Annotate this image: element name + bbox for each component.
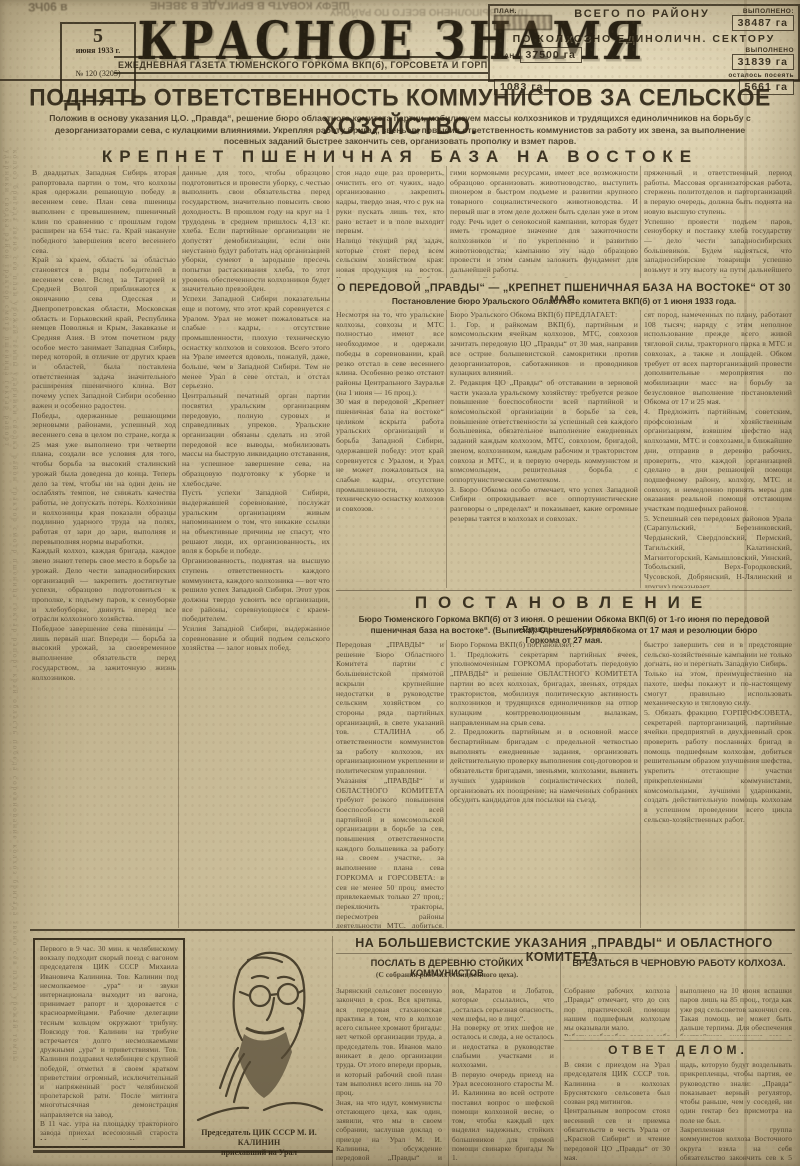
issue-day: 5 <box>64 26 132 46</box>
sector-done-value: 31839 га <box>732 54 794 70</box>
gorkom-resolution-column-2: Бюро Горкома ВКП(б) постановляет: 1. Пре… <box>450 640 638 928</box>
column-divider <box>560 958 561 1166</box>
stats-total-label: ВСЕГО ПО РАЙОНУ <box>574 8 710 20</box>
done-label: ВЫПОЛНЕНО: <box>720 8 794 15</box>
main-headline-deck: Положив в основу указания Ц.О. „Правда“,… <box>40 113 760 148</box>
otvet-delom-headline: ОТВЕТ ДЕЛОМ. <box>564 1043 792 1057</box>
otvet-top-rule <box>564 1040 792 1041</box>
remain-label: осталось посеять <box>728 72 794 79</box>
sector-label: ПО КОЛХОЗНО ЕДИНОЛИЧН. СЕКТОРУ <box>494 33 794 45</box>
bleed-reversed-text: ШЕФУ КОВАТЬ В БРИГАДЕ В ЗВЕНЕ <box>150 0 350 11</box>
newspaper-subtitle: ЕЖЕДНЕВНАЯ ГАЗЕТА ТЮМЕНСКОГО ГОРКОМА ВКП… <box>114 56 488 74</box>
bottom-left-thick-rule <box>33 1150 333 1153</box>
bottom-column-4-upper: выполнено на 10 июня вспашки паров лишь … <box>680 986 792 1036</box>
lead-article-column-4: гими кормовыми ресурсами, имеет все возм… <box>450 168 638 278</box>
column-divider <box>640 310 641 588</box>
column-divider <box>676 986 677 1038</box>
caption-line-1: Председатель ЦИК СССР М. И. КАЛИНИН <box>186 1128 332 1148</box>
column-divider <box>640 640 641 928</box>
bottom-column-3-upper: Собрание рабочих колхоза „Правда“ отмеча… <box>564 986 670 1036</box>
bleed-corner-mark: ЗЧ06 в <box>28 0 68 15</box>
lead-article-headline: КРЕПНЕТ ПШЕНИЧНАЯ БАЗА НА ВОСТОКЕ <box>100 147 700 167</box>
column-divider <box>676 1060 677 1166</box>
plan-total-value-smudged <box>494 15 552 30</box>
plan2-label: ПЛАН: <box>494 53 517 60</box>
bottom-column-4-lower: щадь, которую будут возделывать прикрепл… <box>680 1060 792 1164</box>
lead-article-column-2: данные для того, чтобы образцово подгото… <box>182 168 330 928</box>
gorkom-resolution-column-1: Передовая „ПРАВДЫ“ и решение Бюро Област… <box>336 640 444 928</box>
obkom-resolution-column-2: Бюро Уральского Обкома ВКП(б) ПРЕДЛАГАЕТ… <box>450 310 638 588</box>
masthead-divider-rule <box>0 79 800 81</box>
newspaper-page: ЗЧ06 в ШЕФУ КОВАТЬ В БРИГАДЕ В ЗВЕНЕ ПЛА… <box>0 0 800 1166</box>
rough-work-headline: ВРЕЗАТЬСЯ В ЧЕРНОВУЮ РАБОТУ КОЛХОЗА. <box>566 958 792 968</box>
bottom-section-rule <box>30 929 795 931</box>
send-communists-subline: (С собрания рабочих станционного цеха). <box>336 970 558 979</box>
bottom-column-3-lower: В связи с приездом на Урал председателя … <box>564 1060 670 1164</box>
lead-article-column-5: пряженный и ответственный период работы.… <box>644 168 792 278</box>
kalinin-visit-box: Первого в 9 час. 30 мин. к челябинскому … <box>33 938 185 1148</box>
obkom-resolution-column-3: сят пород, намеченных по плану, работают… <box>644 310 792 588</box>
column-divider <box>178 166 179 928</box>
column-divider <box>448 958 449 1166</box>
lead-article-column-1: В двадцатых Западная Сибирь вторая рапор… <box>32 168 176 928</box>
bottom-column-2: вов, Маратов и Лобатов, которые ссылалис… <box>452 986 554 1164</box>
gorkom-resolution-headline: ПОСТАНОВЛЕНИЕ <box>336 593 792 613</box>
bottom-column-1: Зырянский сельсовет посевную закончил в … <box>336 986 442 1164</box>
obkom-section-subheadline: Постановление бюро Уральского Областного… <box>356 296 772 306</box>
column-divider <box>640 166 641 278</box>
kalinin-portrait-caption: Председатель ЦИК СССР М. И. КАЛИНИН прие… <box>186 1128 332 1158</box>
section-rule <box>336 590 792 591</box>
sowing-stats-box: ПЛАН. ВСЕГО ПО РАЙОНУ ВЫПОЛНЕНО:38487 га… <box>488 4 800 82</box>
gorkom-resolution-column-3: быстро завершить сев и в предстоящие сел… <box>644 640 792 928</box>
sector-plan-value: 37500 га <box>520 47 582 63</box>
column-divider <box>446 640 447 928</box>
column-divider <box>332 166 333 928</box>
kalinin-portrait-sketch <box>190 938 330 1128</box>
issue-month-year: июня 1933 г. <box>64 46 132 55</box>
column-divider <box>446 310 447 588</box>
plan-label: ПЛАН. <box>494 8 564 15</box>
total-done-value: 38487 га <box>732 15 794 31</box>
done2-label: ВЫПОЛНЕНО <box>732 47 794 54</box>
kalinin-visit-text: Первого в 9 час. 30 мин. к челябинскому … <box>40 944 178 1140</box>
banner-underline-rule <box>336 953 792 954</box>
column-divider <box>446 166 447 278</box>
lead-article-column-3: стоя надо еще раз проверить, очистить ег… <box>336 168 444 278</box>
column-divider <box>332 936 333 1166</box>
obkom-resolution-column-1: Несмотря на то, что уральские колхозы, с… <box>336 310 444 588</box>
left-margin-bleed-text: колхоз бригада звено сев план урожай тем… <box>3 150 19 1070</box>
